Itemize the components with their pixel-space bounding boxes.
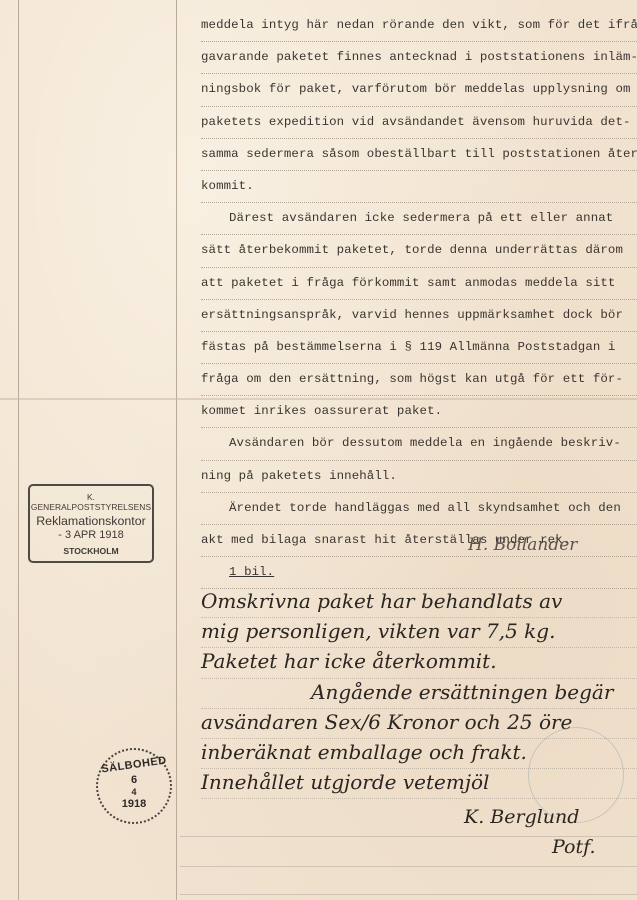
typed-line: gavarande paketet finnes antecknad i pos…: [201, 42, 637, 74]
ruled-line: [180, 866, 637, 867]
postmark-month: 4: [98, 787, 170, 797]
reklamationskontor-stamp: K. GENERALPOSTSTYRELSENS Reklamationskon…: [28, 484, 154, 563]
typed-line: paketets expedition vid avsändandet även…: [201, 107, 637, 139]
postmark-day: 6: [98, 774, 170, 786]
stamp-line: STOCKHOLM: [30, 546, 152, 556]
typed-line: sätt återbekommit paketet, torde denna u…: [201, 235, 637, 267]
typed-line: ersättningsanspråk, varvid hennes uppmär…: [201, 300, 637, 332]
enclosure-note: 1 bil.: [201, 557, 637, 589]
typed-line: ning på paketets innehåll.: [201, 461, 637, 493]
typed-line: att paketet i fråga förkommit samt anmod…: [201, 268, 637, 300]
signer-title: Potf.: [552, 836, 595, 858]
typed-line: kommet inrikes oassurerat paket.: [201, 396, 637, 428]
typed-line: fästas på bestämmelserna i § 119 Allmänn…: [201, 332, 637, 364]
stamp-date: - 3 APR 1918: [30, 529, 152, 541]
stamp-line: K. GENERALPOSTSTYRELSENS: [30, 492, 152, 512]
typed-line: Ärendet torde handläggas med all skyndsa…: [201, 493, 637, 525]
typed-line: Avsändaren bör dessutom meddela en ingåe…: [201, 428, 637, 460]
typed-line: kommit.: [201, 171, 637, 203]
salbohed-postmark: SÄLBOHED 6 4 1918: [96, 748, 172, 824]
postmark-year: 1918: [98, 798, 170, 810]
typed-letter-body: meddela intyg här nedan rörande den vikt…: [201, 10, 637, 589]
handwritten-signature: K. Berglund: [464, 806, 579, 828]
postmark-town: SÄLBOHED: [98, 754, 171, 776]
typed-line: fråga om den ersättning, som högst kan u…: [201, 364, 637, 396]
handwritten-line: mig personligen, vikten var 7,5 kg.: [201, 618, 637, 648]
handwritten-line: Omskrivna paket har behandlats av: [201, 588, 637, 618]
enclosure-label: 1 bil.: [229, 565, 274, 579]
typed-line: Därest avsändaren icke sedermera på ett …: [201, 203, 637, 235]
handwritten-line: Angående ersättningen begär: [201, 679, 637, 709]
text-margin-rule: [176, 0, 177, 900]
typed-line: ningsbok för paket, varförutom bör medde…: [201, 74, 637, 106]
typed-line: samma sedermera såsom obeställbart till …: [201, 139, 637, 171]
ruled-line: [180, 894, 637, 895]
stamp-line: Reklamationskontor: [30, 514, 152, 528]
handwritten-line: Paketet har icke återkommit.: [201, 648, 637, 678]
typed-section-signature: H. Boilander: [468, 535, 577, 555]
typed-line: meddela intyg här nedan rörande den vikt…: [201, 10, 637, 42]
ruled-line: [180, 836, 637, 837]
left-margin-rule: [18, 0, 19, 900]
